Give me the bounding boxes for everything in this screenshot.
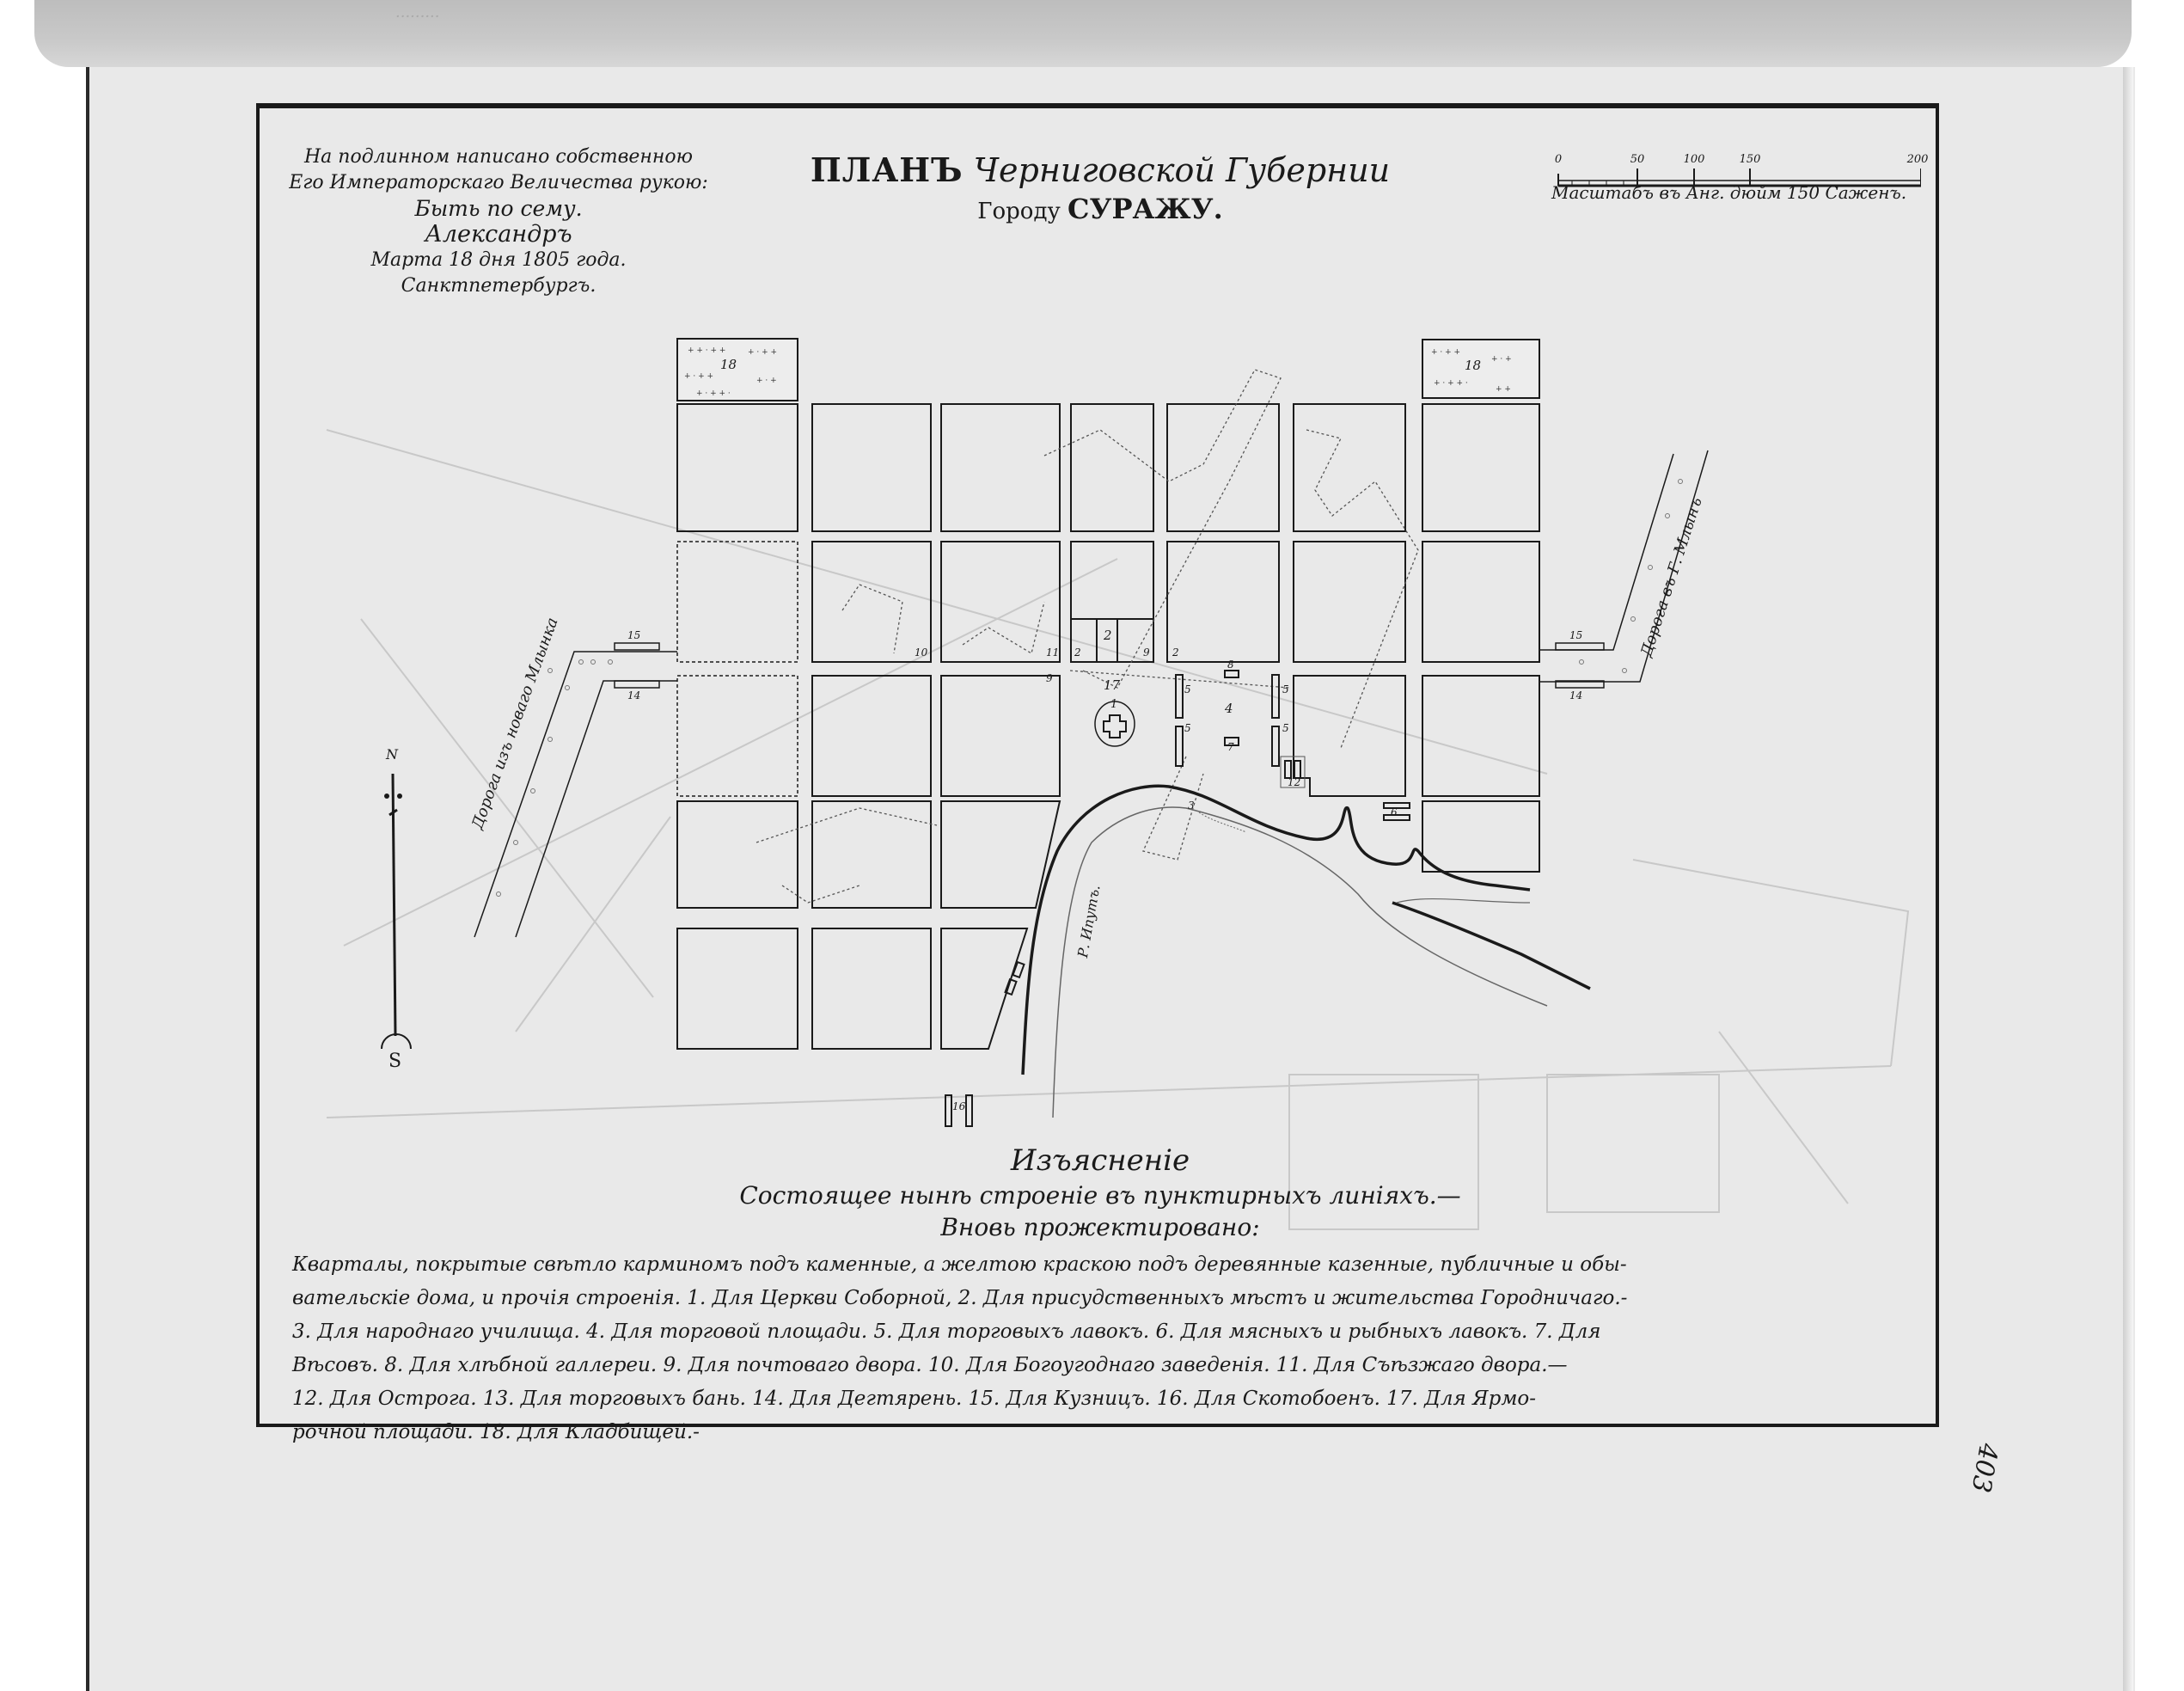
label-bread-gallery: 8 [1227,659,1234,671]
svg-text:+ · + + ·: + · + + · [696,389,731,398]
label-shops: 5 [1184,683,1191,695]
label-post: 9 [1143,646,1150,659]
legend-heading: Изъясненіе [292,1143,1908,1178]
compass-south-label: S [388,1051,401,1072]
label-fair-square: 17 [1104,677,1120,693]
compass-north-label: N [386,746,398,763]
legend-projected-note: Вновь прожектировано: [292,1213,1908,1241]
legend-body: Кварталы, покрытые свѣтло карминомъ подъ… [292,1248,1908,1449]
label-church: 1 [1110,698,1117,711]
legend-line: 3. Для народнаго училища. 4. Для торгово… [292,1315,1908,1349]
label-shops: 5 [1184,722,1191,734]
label-school: 3 [1188,800,1195,812]
cemetery-blocks: + + · + ++ · + + + · + ++ · ++ · + + · +… [677,339,1539,401]
label-prison: 12 [1288,776,1300,788]
central-square [945,671,1410,1126]
label-shops: 5 [1282,683,1289,695]
svg-text:+ · + + ·: + · + + · [1434,379,1468,388]
legend-line: Кварталы, покрытые свѣтло карминомъ подъ… [292,1248,1908,1282]
svg-text:+ · + +: + · + + [684,372,713,381]
label-baths: 15 [1569,629,1582,641]
label-shops: 5 [1282,722,1289,734]
svg-text:+ · +: + · + [1491,355,1512,364]
label-almshouse: 10 [915,646,927,659]
label-weighhouse: 7 [1227,741,1234,753]
svg-text:+ · + +: + · + + [1431,348,1460,357]
legend-line: вательскіе дома, и прочія строенія. 1. Д… [292,1282,1908,1315]
city-blocks [677,404,1539,1049]
label-baths: 15 [627,629,640,641]
label-tar-works: 14 [627,689,640,702]
label-inn: 11 [1046,646,1059,659]
label-cemetery: 18 [720,357,737,372]
map-legend: Изъясненіе Состоящее нынѣ строеніе въ пу… [292,1143,1908,1449]
svg-text:+ +: + + [1496,385,1511,394]
label-market-square: 4 [1225,701,1233,716]
church-cross-icon [1104,715,1126,738]
legend-line: рочной площади. 18. Для Кладбищей.- [292,1416,1908,1449]
legend-existing-note: Состоящее нынѣ строеніе въ пунктирныхъ л… [292,1181,1908,1210]
label-gov-places: 2 [1074,646,1081,659]
label-gov-places: 2 [1104,628,1112,643]
river-iput [1023,786,1590,1118]
label-meat-fish-shops: 6 [1391,806,1398,818]
label-slaughterhouse: 16 [952,1100,965,1112]
legend-line: Вѣсовъ. 8. Для хлѣбной галлереи. 9. Для … [292,1349,1908,1382]
label-cemetery: 18 [1465,358,1481,373]
compass-needle-icon [382,774,411,1049]
svg-text:+ + · + +: + + · + + [688,346,725,355]
svg-text:+ · +: + · + [756,377,777,385]
label-post: 9 [1046,672,1053,684]
legend-line: 12. Для Острога. 13. Для торговыхъ бань.… [292,1382,1908,1416]
label-gov-places: 2 [1172,646,1179,659]
label-tar-works: 14 [1569,689,1582,702]
svg-text:+ · + +: + · + + [748,348,777,357]
existing-structures-dotted [756,370,1418,903]
